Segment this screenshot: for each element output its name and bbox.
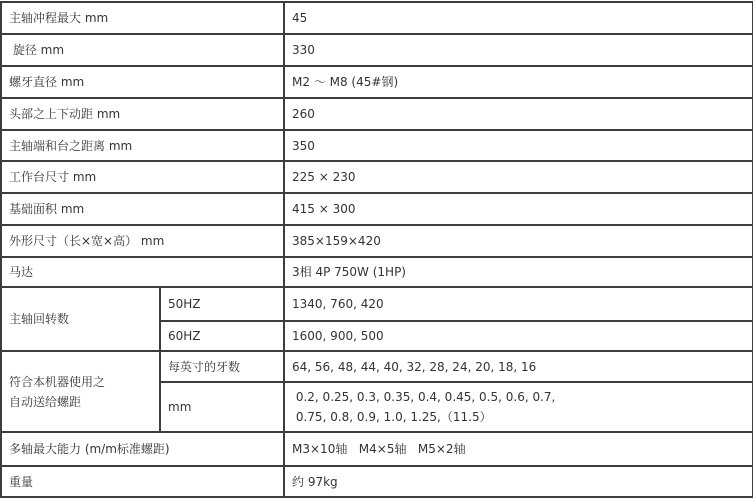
table-row: 基础面积 mm 415 × 300 [1, 193, 753, 225]
spec-value-cell: 45 [284, 2, 753, 34]
spec-label-cell: 外形尺寸（长×宽×高） mm [1, 225, 284, 257]
spec-value-cell: M3×10轴 M4×5轴 M5×2轴 [284, 432, 753, 466]
spec-value-cell: 260 [284, 98, 753, 130]
spec-label-cell: 基础面积 mm [1, 193, 284, 225]
spec-value-cell: 225 × 230 [284, 161, 753, 193]
spec-label-cell: 螺牙直径 mm [1, 66, 284, 98]
spec-value-cell: 385×159×420 [284, 225, 753, 257]
spec-value-cell: 330 [284, 34, 753, 66]
table-row: 外形尺寸（长×宽×高） mm 385×159×420 [1, 225, 753, 257]
spec-value-cell: M2 ～ M8 (45#钢) [284, 66, 753, 98]
spec-label-cell: 头部之上下动距 mm [1, 98, 284, 130]
table-row: 重量 约 97kg [1, 466, 753, 497]
spec-sub-label-cell: 50HZ [160, 287, 284, 321]
spec-label-cell: 多轴最大能力 (m/m标准螺距) [1, 432, 284, 466]
table-row: 螺牙直径 mm M2 ～ M8 (45#钢) [1, 66, 753, 98]
spec-value-cell: 3相 4P 750W (1HP) [284, 257, 753, 287]
spec-value-cell: 1600, 900, 500 [284, 321, 753, 351]
spec-label-cell: 主轴冲程最大 mm [1, 2, 284, 34]
spec-sub-label-cell: 60HZ [160, 321, 284, 351]
table-row: 多轴最大能力 (m/m标准螺距) M3×10轴 M4×5轴 M5×2轴 [1, 432, 753, 466]
spec-value-cell: 1340, 760, 420 [284, 287, 753, 321]
spec-value-cell: 约 97kg [284, 466, 753, 497]
spec-label-cell: 工作台尺寸 mm [1, 161, 284, 193]
spec-value-cell: 415 × 300 [284, 193, 753, 225]
spec-label-cell: 主轴端和台之距离 mm [1, 130, 284, 161]
spec-group-cell: 主轴回转数 [1, 287, 160, 351]
spec-sub-label-cell: mm [160, 382, 284, 432]
spec-table: 主轴冲程最大 mm 45 旋径 mm 330 螺牙直径 mm M2 ～ M8 (… [0, 1, 753, 498]
table-row: 主轴端和台之距离 mm 350 [1, 130, 753, 161]
spec-value-cell: 0.2, 0.25, 0.3, 0.35, 0.4, 0.45, 0.5, 0.… [284, 382, 753, 432]
page: 主轴冲程最大 mm 45 旋径 mm 330 螺牙直径 mm M2 ～ M8 (… [0, 0, 753, 501]
spec-sub-label-cell: 每英寸的牙数 [160, 351, 284, 382]
spec-group-cell: 符合本机器使用之 自动送给螺距 [1, 351, 160, 432]
table-row: 工作台尺寸 mm 225 × 230 [1, 161, 753, 193]
table-row: 主轴回转数 50HZ 1340, 760, 420 [1, 287, 753, 321]
table-row: 旋径 mm 330 [1, 34, 753, 66]
table-row: 符合本机器使用之 自动送给螺距 每英寸的牙数 64, 56, 48, 44, 4… [1, 351, 753, 382]
spec-value-cell: 64, 56, 48, 44, 40, 32, 28, 24, 20, 18, … [284, 351, 753, 382]
table-row: 主轴冲程最大 mm 45 [1, 2, 753, 34]
spec-label-cell: 旋径 mm [1, 34, 284, 66]
table-row: 马达 3相 4P 750W (1HP) [1, 257, 753, 287]
spec-label-cell: 马达 [1, 257, 284, 287]
spec-value-cell: 350 [284, 130, 753, 161]
table-row: 头部之上下动距 mm 260 [1, 98, 753, 130]
spec-label-cell: 重量 [1, 466, 284, 497]
